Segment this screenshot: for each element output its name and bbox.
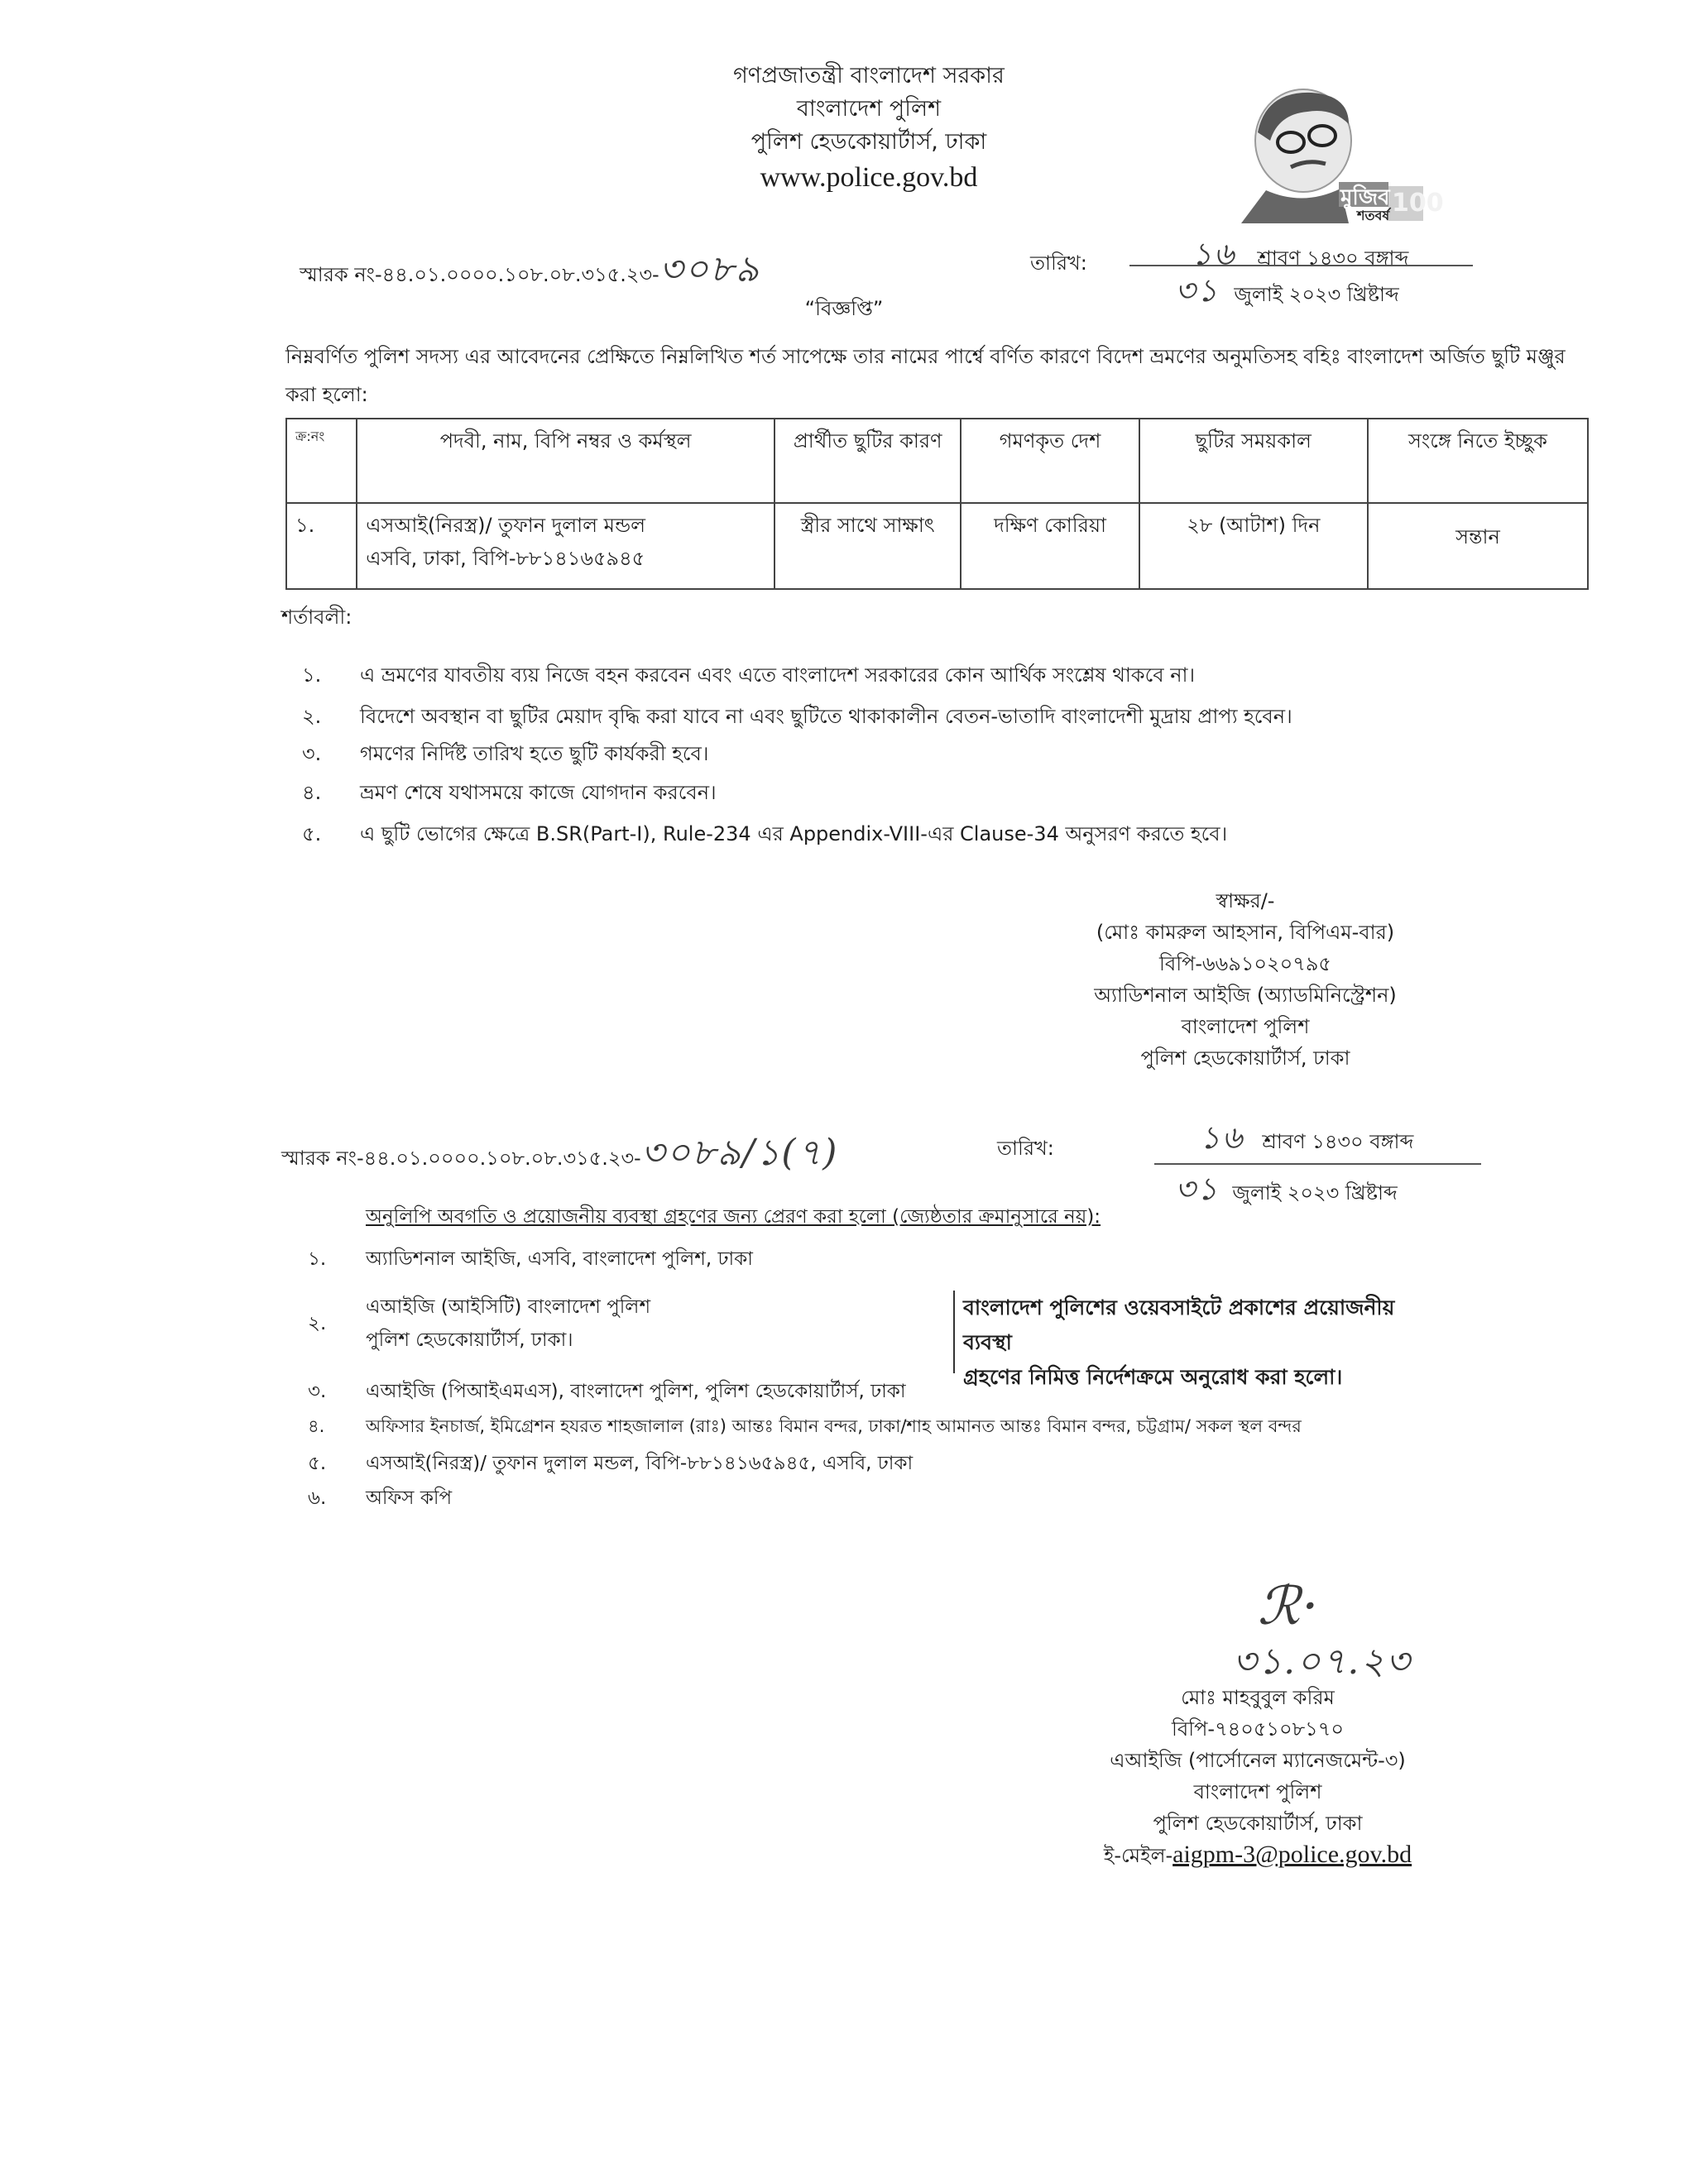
cell-name-line2: এসবি, ঢাকা, বিপি-৮৮১৪১৬৫৯৪৫	[366, 544, 765, 577]
cell-country: দক্ষিণ কোরিয়া	[961, 503, 1139, 589]
copy-text: এআইজি (পিআইএমএস), বাংলাদেশ পুলিশ, পুলিশ …	[366, 1376, 906, 1408]
condition-text: এ ছুটি ভোগের ক্ষেত্রে B.SR(Part-I), Rule…	[360, 819, 1227, 852]
copy-text-line2: পুলিশ হেডকোয়ার্টার্স, ঢাকা।	[366, 1324, 650, 1357]
date2-label: তারিখ:	[997, 1133, 1054, 1166]
signatory-2-email-line: ই-মেইল-aigpm-3@police.gov.bd	[1067, 1839, 1448, 1871]
signatory-1: স্বাক্ষর/- (মোঃ কামরুল আহসান, বিপিএম-বার…	[1018, 885, 1473, 1074]
date2-gregorian-rest: জুলাই ২০২৩ খ্রিষ্টাব্দ	[1232, 1178, 1397, 1211]
condition-item: ৩. গমণের নির্দিষ্ট তারিখ হতে ছুটি কার্যক…	[302, 739, 708, 772]
date-label: তারিখ:	[1030, 248, 1087, 281]
header-organization: বাংলাদেশ পুলিশ	[637, 93, 1101, 126]
condition-text: এ ভ্রমণের যাবতীয় ব্যয় নিজে বহন করবেন এ…	[360, 660, 1195, 693]
signatory-2-bp: বিপি-৭৪০৫১০৮১৭০	[1067, 1713, 1448, 1745]
cell-companion: সন্তান	[1368, 503, 1588, 589]
copies-title: অনুলিপি অবগতি ও প্রয়োজনীয় ব্যবস্থা গ্র…	[366, 1201, 1101, 1233]
condition-item: ২. বিদেশে অবস্থান বা ছুটির মেয়াদ বৃদ্ধি…	[302, 702, 1292, 735]
col-name-details: পদবী, নাম, বিপি নম্বর ও কর্মস্থল	[357, 419, 774, 503]
copy-text-line1: এআইজি (আইসিটি) বাংলাদেশ পুলিশ	[366, 1291, 650, 1324]
cell-serial: ১.	[286, 503, 357, 589]
date2-bangla-day: ১৬	[1200, 1114, 1244, 1166]
signatory-2-name: মোঃ মাহবুবুল করিম	[1067, 1682, 1448, 1713]
notice-intro: নিম্নবর্ণিত পুলিশ সদস্য এর আবেদনের প্রেক…	[285, 338, 1593, 414]
cell-reason: স্ত্রীর সাথে সাক্ষাৎ	[774, 503, 961, 589]
condition-text: ভ্রমণ শেষে যথাসময়ে কাজে যোগদান করবেন।	[360, 778, 717, 811]
memo2-label: স্মারক নং-৪৪.০১.০০০০.১০৮.০৮.৩১৫.২৩-	[281, 1143, 641, 1176]
cell-name-details: এসআই(নিরস্ত্র)/ তুফান দুলাল মন্ডল এসবি, …	[357, 503, 774, 589]
condition-number: ২.	[302, 702, 360, 735]
signatory-1-org: বাংলাদেশ পুলিশ	[1018, 1011, 1473, 1042]
mujib-100-portrait-logo: মুজিব শতবর্ষ 100	[1233, 83, 1448, 223]
header-website: www.police.gov.bd	[637, 159, 1101, 197]
copy-item: ৬. অফিস কপি	[308, 1482, 452, 1515]
condition-number: ৪.	[302, 778, 360, 811]
condition-number: ১.	[302, 660, 360, 693]
condition-item: ১. এ ভ্রমণের যাবতীয় ব্যয় নিজে বহন করবে…	[302, 660, 1195, 693]
letterhead: গণপ্রজাতন্ত্রী বাংলাদেশ সরকার বাংলাদেশ প…	[637, 60, 1101, 197]
copy-item: ১. অ্যাডিশনাল আইজি, এসবি, বাংলাদেশ পুলিশ…	[308, 1243, 753, 1276]
cell-name-line1: এসআই(নিরস্ত্র)/ তুফান দুলাল মন্ডল	[366, 510, 765, 544]
copy-text: অ্যাডিশনাল আইজি, এসবি, বাংলাদেশ পুলিশ, ঢ…	[366, 1243, 753, 1276]
notice-title: “বিজ্ঞপ্তি”	[0, 294, 1688, 327]
website-publish-note: বাংলাদেশ পুলিশের ওয়েবসাইটে প্রকাশের প্র…	[953, 1291, 1427, 1373]
side-note-line1: বাংলাদেশ পুলিশের ওয়েবসাইটে প্রকাশের প্র…	[963, 1291, 1427, 1360]
copy-item: ৫. এসআই(নিরস্ত্র)/ তুফান দুলাল মন্ডল, বি…	[308, 1448, 913, 1480]
col-reason: প্রার্থীত ছুটির কারণ	[774, 419, 961, 503]
condition-text: বিদেশে অবস্থান বা ছুটির মেয়াদ বৃদ্ধি কর…	[360, 702, 1292, 735]
emblem-label-num: 100	[1392, 189, 1444, 218]
signatory-1-designation: অ্যাডিশনাল আইজি (অ্যাডমিনিস্ট্রেশন)	[1018, 979, 1473, 1011]
copy-number: ৬.	[308, 1482, 366, 1515]
table-header-row: ক্র:নং পদবী, নাম, বিপি নম্বর ও কর্মস্থল …	[286, 419, 1588, 503]
table-row: ১. এসআই(নিরস্ত্র)/ তুফান দুলাল মন্ডল এসব…	[286, 503, 1588, 589]
condition-number: ৫.	[302, 819, 360, 852]
col-duration: ছুটির সময়কাল	[1139, 419, 1368, 503]
signatory-2-designation: এআইজি (পার্সোনেল ম্যানেজমেন্ট-৩)	[1067, 1745, 1448, 1776]
copy-number: ৪.	[308, 1413, 366, 1442]
copy-item: ২. এআইজি (আইসিটি) বাংলাদেশ পুলিশ পুলিশ হ…	[308, 1291, 650, 1357]
copy-text: এআইজি (আইসিটি) বাংলাদেশ পুলিশ পুলিশ হেডক…	[366, 1291, 650, 1357]
copy-item: ৪. অফিসার ইনচার্জ, ইমিগ্রেশন হযরত শাহজাল…	[308, 1413, 1302, 1442]
col-country: গমণকৃত দেশ	[961, 419, 1139, 503]
copy-text: অফিস কপি	[366, 1482, 452, 1515]
signatory-2: মোঃ মাহবুবুল করিম বিপি-৭৪০৫১০৮১৭০ এআইজি …	[1067, 1682, 1448, 1871]
signatory-1-office: পুলিশ হেডকোয়ার্টার্স, ঢাকা	[1018, 1042, 1473, 1074]
copy-number: ১.	[308, 1243, 366, 1276]
signatory-2-org: বাংলাদেশ পুলিশ	[1067, 1776, 1448, 1808]
signature-mark: ℛ·	[1258, 1576, 1320, 1637]
condition-item: ৪. ভ্রমণ শেষে যথাসময়ে কাজে যোগদান করবেন…	[302, 778, 717, 811]
header-office: পুলিশ হেডকোয়ার্টার্স, ঢাকা	[637, 126, 1101, 159]
condition-number: ৩.	[302, 739, 360, 772]
copy-text: অফিসার ইনচার্জ, ইমিগ্রেশন হযরত শাহজালাল …	[366, 1413, 1302, 1442]
col-companion: সংঙ্গে নিতে ইচ্ছুক	[1368, 419, 1588, 503]
copy-number: ২.	[308, 1308, 366, 1340]
cell-duration: ২৮ (আটাশ) দিন	[1139, 503, 1368, 589]
signatory-1-name: (মোঃ কামরুল আহসান, বিপিএম-বার)	[1018, 917, 1473, 948]
copy-number: ৩.	[308, 1376, 366, 1408]
date2-bangla: ১৬ শ্রাবণ ১৪৩০ বঙ্গাব্দ	[1200, 1114, 1413, 1166]
copy-number: ৫.	[308, 1448, 366, 1480]
date2-bangla-rest: শ্রাবণ ১৪৩০ বঙ্গাব্দ	[1262, 1127, 1413, 1160]
col-serial: ক্র:নং	[286, 419, 357, 503]
leave-table: ক্র:নং পদবী, নাম, বিপি নম্বর ও কর্মস্থল …	[285, 418, 1589, 590]
condition-text: গমণের নির্দিষ্ট তারিখ হতে ছুটি কার্যকরী …	[360, 739, 708, 772]
copy-item: ৩. এআইজি (পিআইএমএস), বাংলাদেশ পুলিশ, পুল…	[308, 1376, 906, 1408]
signatory-2-office: পুলিশ হেডকোয়ার্টার্স, ঢাকা	[1067, 1808, 1448, 1839]
memo2-number: স্মারক নং-৪৪.০১.০০০০.১০৮.০৮.৩১৫.২৩- ৩০৮৯…	[281, 1125, 838, 1185]
memo-label: স্মারক নং-৪৪.০১.০০০০.১০৮.০৮.৩১৫.২৩-	[300, 260, 659, 293]
date2-gregorian-day: ৩১	[1175, 1165, 1219, 1218]
conditions-title: শর্তাবলী:	[281, 602, 352, 635]
header-government: গণপ্রজাতন্ত্রী বাংলাদেশ সরকার	[637, 60, 1101, 93]
email-link[interactable]: aigpm-3@police.gov.bd	[1172, 1841, 1412, 1868]
email-label: ই-মেইল-	[1104, 1844, 1172, 1867]
memo2-handwritten-number: ৩০৮৯/১(৭)	[641, 1125, 839, 1185]
emblem-label-bottom: শতবর্ষ	[1357, 205, 1389, 227]
copy-text: এসআই(নিরস্ত্র)/ তুফান দুলাল মন্ডল, বিপি-…	[366, 1448, 913, 1480]
signatory-1-bp: বিপি-৬৬৯১০২০৭৯৫	[1018, 948, 1473, 979]
side-note-line2: গ্রহণের নিমিত্ত নির্দেশক্রমে অনুরোধ করা …	[963, 1360, 1427, 1395]
date2-gregorian: ৩১ জুলাই ২০২৩ খ্রিষ্টাব্দ	[1175, 1165, 1398, 1218]
signatory-1-signed: স্বাক্ষর/-	[1018, 885, 1473, 917]
condition-item: ৫. এ ছুটি ভোগের ক্ষেত্রে B.SR(Part-I), R…	[302, 819, 1227, 852]
